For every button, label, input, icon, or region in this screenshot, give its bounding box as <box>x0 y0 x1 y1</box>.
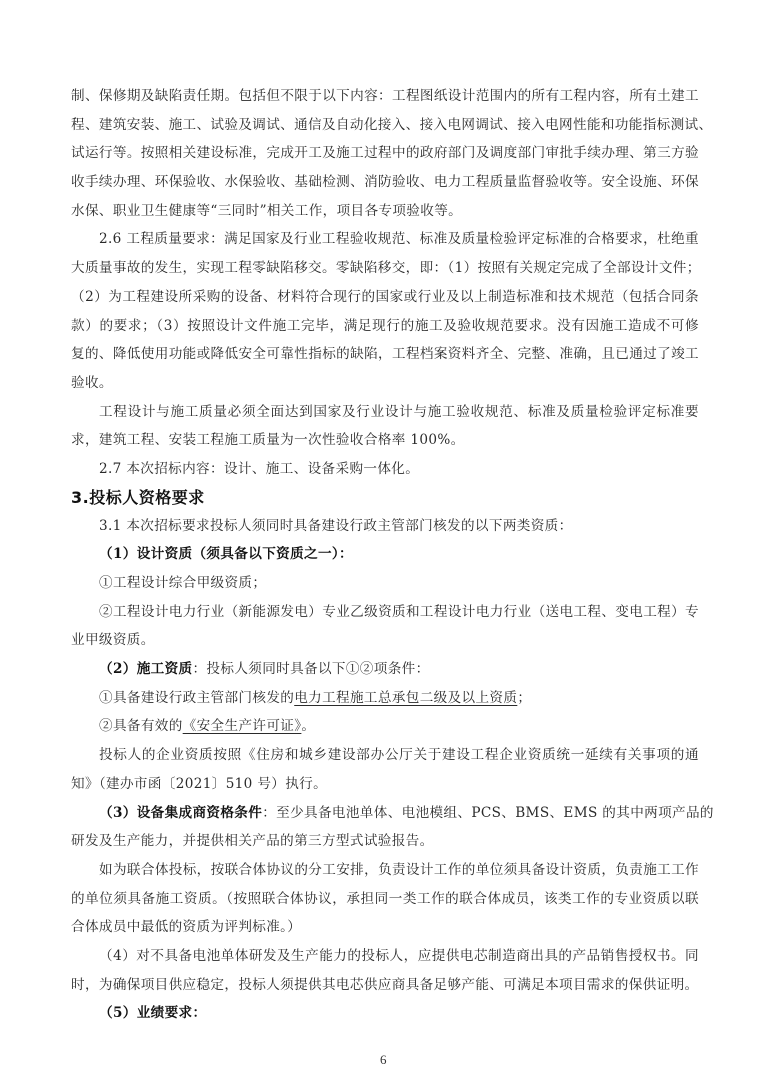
text-line: 研发及生产能力，并提供相关产品的第三方型式试验报告。 <box>71 827 699 856</box>
text-line: 复的、降低使用功能或降低安全可靠性指标的缺陷，工程档案资料齐全、完整、准确，且已… <box>71 340 699 369</box>
text-line: 程、建筑安装、施工、试验及调试、通信及自动化接入、接入电网调试、接入电网性能和功… <box>71 111 699 140</box>
design-qualification-item-2: ②工程设计电力行业（新能源发电）专业乙级资质和工程设计电力行业（送电工程、变电工… <box>71 598 699 627</box>
clause-2-7: 2.7 本次招标内容：设计、施工、设备采购一体化。 <box>71 455 699 484</box>
item-suffix: 。 <box>301 718 315 734</box>
page-number: 6 <box>380 1052 387 1066</box>
clause-4: （4）对不具备电池单体研发及生产能力的投标人，应提供电芯制造商出具的产品销售授权… <box>71 942 699 971</box>
section-heading: 3.投标人资格要求 <box>71 486 699 510</box>
design-qualification-item-1: ①工程设计综合甲级资质； <box>71 569 699 598</box>
construction-qualification-label: （2）施工资质 <box>99 661 192 677</box>
construction-qualification-item-1: ①具备建设行政主管部门核发的电力工程施工总承包二级及以上资质； <box>71 684 699 713</box>
quality-paragraph: 工程设计与施工质量必须全面达到国家及行业设计与施工验收规范、标准及质量检验评定标… <box>71 398 699 427</box>
text-line: 大质量事故的发生，实现工程零缺陷移交。零缺陷移交，即：（1）按照有关规定完成了全… <box>71 254 699 283</box>
text-line: 的单位须具备施工资质。（按照联合体协议，承担同一类工作的联合体成员，该类工作的专… <box>71 885 699 914</box>
text-line: 求，建筑工程、安装工程施工质量为一次性验收合格率 100%。 <box>71 426 699 455</box>
text-line: 收手续办理、环保验收、水保验收、基础检测、消防验收、电力工程质量监督验收等。安全… <box>71 168 699 197</box>
document-page: 制、保修期及缺陷责任期。包括但不限于以下内容：工程图纸设计范围内的所有工程内容，… <box>0 0 768 1066</box>
text-line: 验收。 <box>71 369 699 398</box>
item-suffix: ； <box>517 690 531 706</box>
integrator-qualification: （3）设备集成商资格条件：至少具备电池单体、电池模组、PCS、BMS、EMS 的… <box>71 799 699 828</box>
construction-qualification-item-2: ②具备有效的《安全生产许可证》。 <box>71 712 699 741</box>
text-line: 水保、职业卫生健康等“三同时”相关工作，项目各专项验收等。 <box>71 197 699 226</box>
item-prefix: ①具备建设行政主管部门核发的 <box>99 690 294 706</box>
clause-2-6: 2.6 工程质量要求：满足国家及行业工程验收规范、标准及质量检验评定标准的合格要… <box>71 225 699 254</box>
integrator-qualification-text: ：至少具备电池单体、电池模组、PCS、BMS、EMS 的其中两项产品的 <box>262 805 714 821</box>
enterprise-qualification-paragraph: 投标人的企业资质按照《住房和城乡建设部办公厅关于建设工程企业资质统一延续有关事项… <box>71 741 699 770</box>
construction-qualification-text: ：投标人须同时具备以下①②项条件： <box>192 661 429 677</box>
text-line: （2）为工程建设所采购的设备、材料符合现行的国家或行业及以上制造标准和技术规范（… <box>71 283 699 312</box>
consortium-paragraph: 如为联合体投标，按联合体协议的分工安排，负责设计工作的单位须具备设计资质，负责施… <box>71 856 699 885</box>
item-prefix: ②具备有效的 <box>99 718 183 734</box>
document-body: 制、保修期及缺陷责任期。包括但不限于以下内容：工程图纸设计范围内的所有工程内容，… <box>71 82 699 1028</box>
design-qualification-title: （1）设计资质（须具备以下资质之一）： <box>71 540 699 569</box>
text-line: 业甲级资质。 <box>71 626 699 655</box>
integrator-qualification-label: （3）设备集成商资格条件 <box>99 805 262 821</box>
text-line: 款）的要求；（3）按照设计文件施工完毕，满足现行的施工及验收规范要求。没有因施工… <box>71 312 699 341</box>
underlined-requirement: 《安全生产许可证》 <box>183 718 302 734</box>
text-line: 试运行等。按照相关建设标准，完成开工及施工过程中的政府部门及调度部门审批手续办理… <box>71 139 699 168</box>
clause-3-1: 3.1 本次招标要求投标人须同时具备建设行政主管部门核发的以下两类资质： <box>71 512 699 541</box>
text-line: 制、保修期及缺陷责任期。包括但不限于以下内容：工程图纸设计范围内的所有工程内容，… <box>71 82 699 111</box>
text-line: 时，为确保项目供应稳定，投标人须提供其电芯供应商具备足够产能、可满足本项目需求的… <box>71 971 699 1000</box>
text-line: 知》（建办市函〔2021〕510 号）执行。 <box>71 770 699 799</box>
performance-requirements-title: （5）业绩要求： <box>71 999 699 1028</box>
underlined-requirement: 电力工程施工总承包二级及以上资质 <box>294 690 517 706</box>
construction-qualification-title: （2）施工资质：投标人须同时具备以下①②项条件： <box>71 655 699 684</box>
text-line: 合体成员中最低的资质为评判标准。） <box>71 913 699 942</box>
